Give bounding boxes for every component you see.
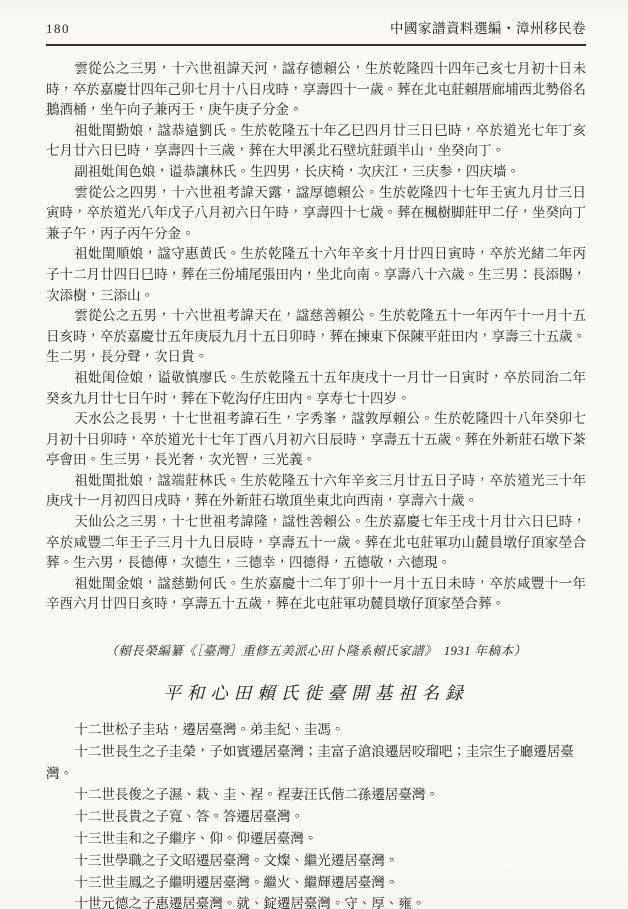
- name-record-line: 十三世學職之子文昭遷居臺灣。文燦、繼光遷居臺灣。: [46, 850, 586, 872]
- genealogy-paragraph: 雲從公之四男，十六世祖考諱天露，諡厚德賴公。生於乾隆四十七年壬寅九月廿三日寅時，…: [46, 183, 586, 245]
- genealogy-paragraph: 雲從公之三男，十六世祖諱天河，諡存德賴公，生於乾隆四十四年己亥七月初十日未時，卒…: [46, 59, 586, 121]
- name-record-line: 十二世松子圭玷，遷居臺灣。弟圭紀、圭馮。: [46, 719, 586, 741]
- name-record-line: 十三世圭鳳之子繼明遷居臺灣。繼火、繼輝遷居臺灣。: [46, 872, 586, 894]
- genealogy-paragraph: 天水公之長男，十七世祖考諱石生，字秀峯，諡敦厚賴公。生於乾隆四十八年癸卯七月初十…: [46, 409, 586, 471]
- genealogy-paragraph: 祖妣閨批娘，諡端莊林氏。生於乾隆五十六年辛亥三月廿五日子時，卒於道光三十年庚戌十…: [46, 471, 586, 512]
- section-title: 平和心田賴氏徙臺開基祖名録: [46, 680, 586, 705]
- page-header: 180 中國家譜資料選編・漳州移民卷: [46, 17, 586, 37]
- name-record-line: 十世元德之子惠遷居臺灣。就、錠遷居臺灣。守、厚、雍。: [46, 893, 586, 909]
- genealogy-text-block: 雲從公之三男，十六世祖諱天河，諡存德賴公，生於乾隆四十四年己亥七月初十日未時，卒…: [46, 59, 586, 615]
- name-record-line: 十二世長貴之子寬、答。答遷居臺灣。: [46, 806, 586, 828]
- genealogy-paragraph: 副祖妣闺色娘，谥恭讓林氏。生四男，长庆椅，次庆江，三庆参，四庆墙。: [46, 162, 586, 183]
- scanned-book-page: 180 中國家譜資料選編・漳州移民卷 雲從公之三男，十六世祖諱天河，諡存德賴公，…: [0, 0, 628, 909]
- genealogy-paragraph: 天仙公之三男，十七世祖考諱隆，諡性善賴公。生於嘉慶七年壬戌十月廿六日巳時，卒於咸…: [46, 512, 586, 574]
- page-number: 180: [46, 21, 70, 37]
- running-title: 中國家譜資料選編・漳州移民卷: [390, 17, 586, 37]
- name-record-line: 十三世圭和之子繼序、仰。仰遷居臺灣。: [46, 828, 586, 850]
- name-record-line: 十二世長生之子圭榮，子如賓遷居臺灣；圭富子滄浪遷居咬瑠吧；圭宗生子廳遷居臺灣。: [46, 741, 586, 785]
- name-record-list: 十二世松子圭玷，遷居臺灣。弟圭紀、圭馮。 十二世長生之子圭榮，子如賓遷居臺灣；圭…: [46, 719, 586, 909]
- name-record-line: 十二世長俊之子濕、栽、圭、裎。裎妻汪氏偕二孫遷居臺灣。: [46, 784, 586, 806]
- header-rule: [46, 44, 586, 46]
- genealogy-paragraph: 祖妣閨勤娘，諡恭遠劉氏。生於乾隆五十年乙巳四月廿三日巳時，卒於道光七年丁亥七月廿…: [46, 121, 586, 162]
- source-attribution: （賴長榮編纂《［臺灣］重修五美派心田卜隆系賴氏家譜》 1931 年稿本）: [46, 641, 586, 659]
- genealogy-paragraph: 祖妣閨金娘，諡慈勤何氏。生於嘉慶十二年丁卯十一月十五日未時，卒於咸豐十一年辛酉六…: [46, 574, 586, 615]
- genealogy-paragraph: 雲從公之五男，十六世祖考諱天在，諡慈善賴公。生於乾隆五十一年丙午十一月十五日亥時…: [46, 306, 586, 368]
- genealogy-paragraph: 祖妣闺俭娘，谥敬慎廖氏。生於乾隆五十五年庚戌十一月廿一日寅时，卒於同治二年癸亥九…: [46, 368, 586, 409]
- genealogy-paragraph: 祖妣閨順娘，諡守惠黄氏。生於乾隆五十六年辛亥十月廿四日寅時，卒於光緒二年丙子十二…: [46, 244, 586, 306]
